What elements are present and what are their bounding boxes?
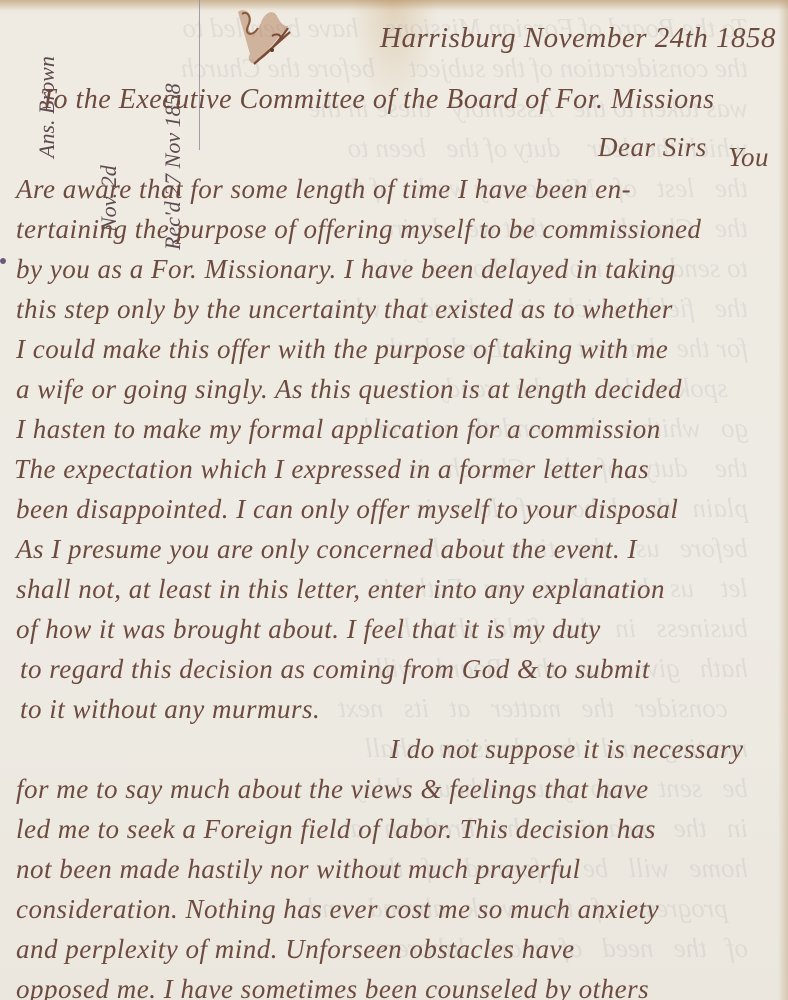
letter-line: not been made hastily nor without much p… <box>16 854 581 885</box>
letter-line: led me to seek a Foreign field of labor.… <box>16 814 656 845</box>
letter-line: and perplexity of mind. Unforseen obstac… <box>16 934 575 965</box>
letter-line: The expectation which I expressed in a f… <box>14 454 649 485</box>
letter-line: by you as a For. Missionary. I have been… <box>16 254 676 285</box>
letter-line: for me to say much about the views & fee… <box>16 774 649 805</box>
margin-rule <box>199 0 200 150</box>
letter-line: to regard this decision as coming from G… <box>20 654 650 685</box>
letter-line: to it without any murmurs. <box>20 694 320 725</box>
letter-line: I could make this offer with the purpose… <box>16 334 668 365</box>
letter-line: I hasten to make my formal application f… <box>16 414 661 445</box>
letter-line: opposed me. I have sometimes been counse… <box>16 974 649 1000</box>
letter-line: You <box>728 142 769 173</box>
letter-line: been disappointed. I can only offer myse… <box>16 494 678 525</box>
letter-line: this step only by the uncertainty that e… <box>16 294 673 325</box>
letter-line: of how it was brought about. I feel that… <box>16 614 601 645</box>
letter-line: As I presume you are only concerned abou… <box>16 534 637 565</box>
wax-seal-icon <box>228 2 298 70</box>
letter-line: shall not, at least in this letter, ente… <box>16 574 665 605</box>
ink-blot <box>0 258 6 264</box>
letter-line: consideration. Nothing has ever cost me … <box>16 894 659 925</box>
letter-place-date: Harrisburg November 24th 1858 <box>380 22 776 55</box>
letter-line: I do not suppose it is necessary <box>390 734 743 765</box>
letter-line: Are aware that for some length of time I… <box>16 174 631 205</box>
letter-line: tertaining the purpose of offering mysel… <box>16 214 701 245</box>
letter-line: a wife or going singly. As this question… <box>16 374 682 405</box>
letter-salutation: Dear Sirs <box>598 132 707 163</box>
letter-page: To the Board of Foreign Missions have be… <box>0 0 788 1000</box>
letter-address: To the Executive Committee of the Board … <box>40 84 715 116</box>
